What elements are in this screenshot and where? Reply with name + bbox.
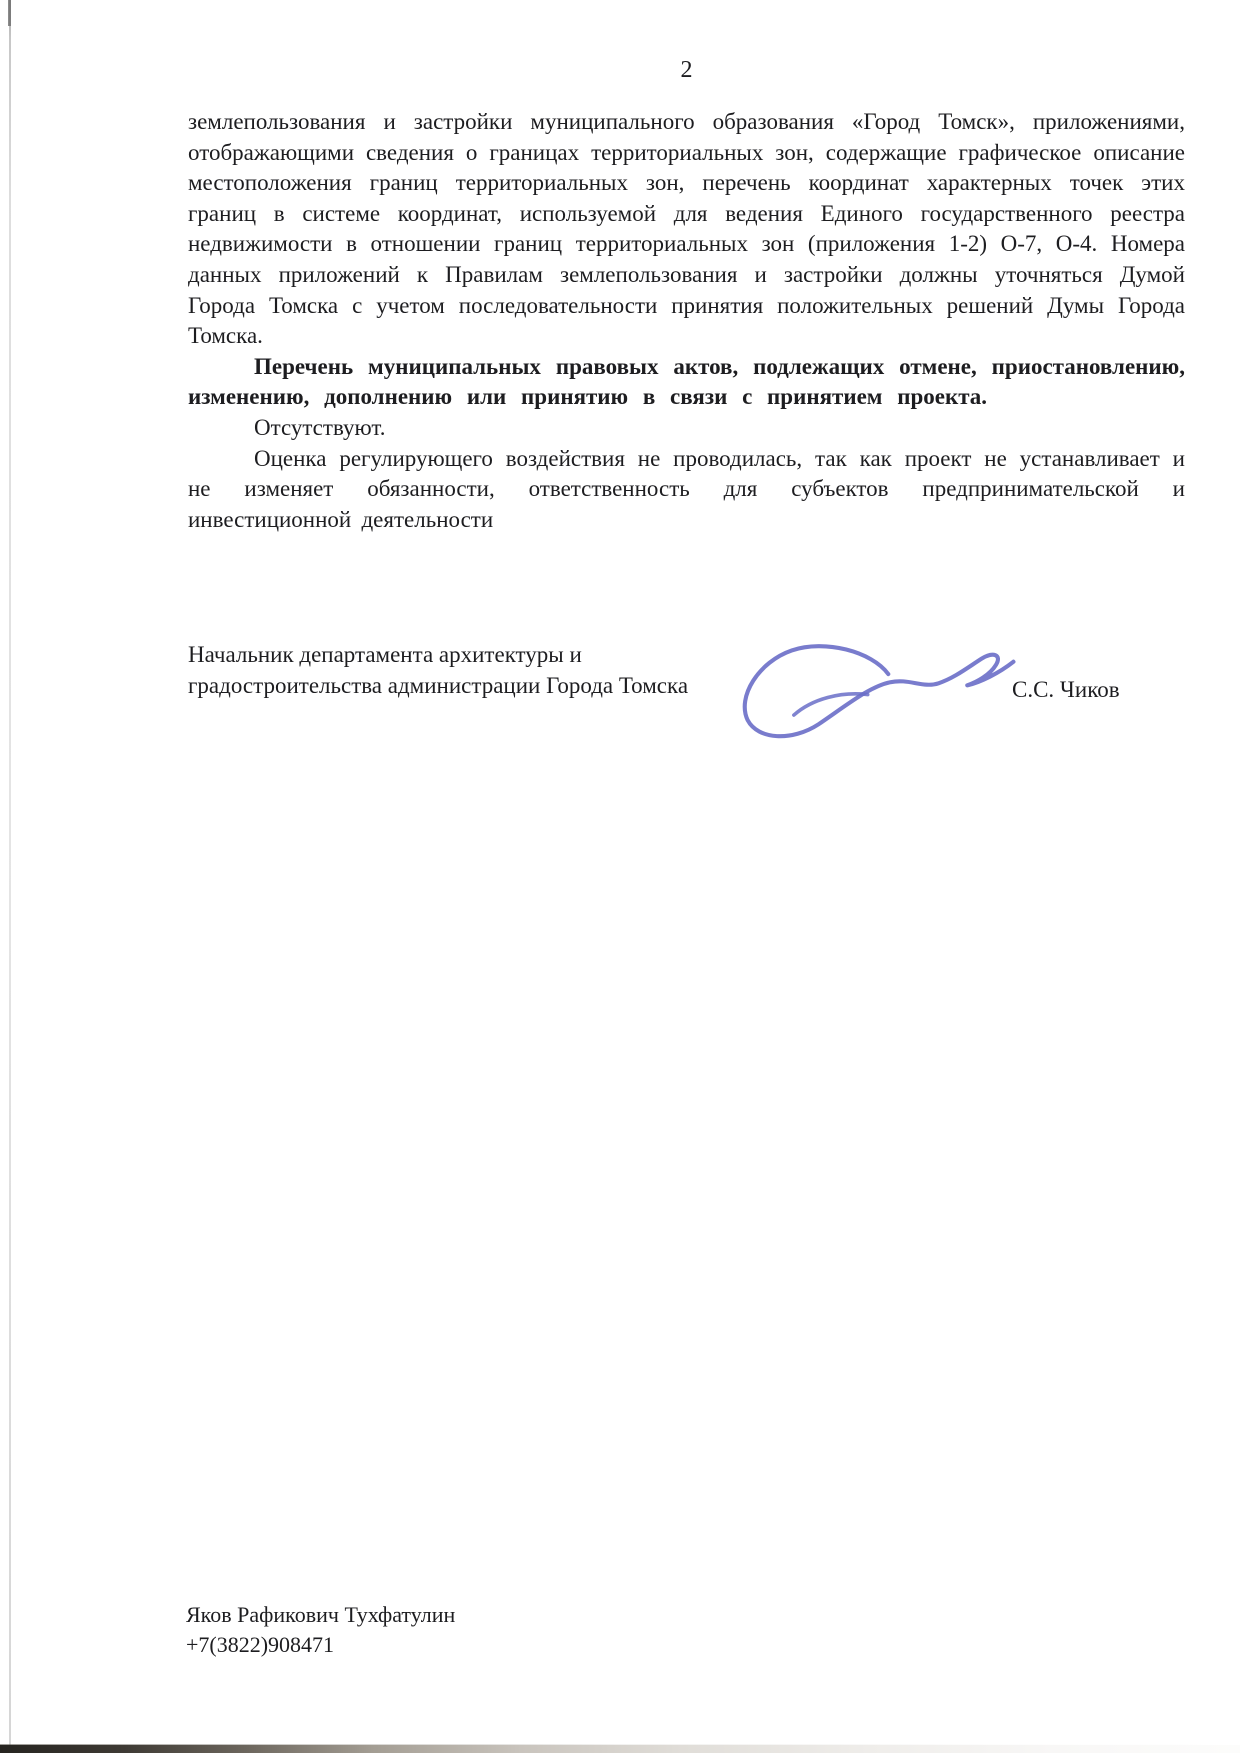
document-page: 2 землепользования и застройки муниципал…	[0, 0, 1240, 1753]
signature-stroke	[745, 646, 1014, 736]
signature-title-line2: градостроительства администрации Города …	[188, 670, 688, 701]
footer-contact: Яков Рафикович Тухфатулин +7(3822)908471	[186, 1600, 455, 1660]
signature-block: Начальник департамента архитектуры и гра…	[188, 633, 1185, 768]
page-number: 2	[188, 57, 1185, 84]
paragraph-continuation: землепользования и застройки муниципальн…	[188, 107, 1185, 352]
signature-image	[733, 633, 1023, 751]
signature-title: Начальник департамента архитектуры и гра…	[188, 639, 688, 701]
signer-name: С.С. Чиков	[1012, 677, 1120, 703]
paragraph-assessment: Оценка регулирующего воздействия не пров…	[188, 444, 1185, 536]
contact-phone: +7(3822)908471	[186, 1630, 455, 1660]
paragraph-heading-bold: Перечень муниципальных правовых актов, п…	[188, 352, 1185, 413]
scan-bottom-edge-band	[0, 1745, 1240, 1753]
signature-title-line1: Начальник департамента архитектуры и	[188, 639, 688, 670]
paragraph-absent: Отсутствуют.	[188, 413, 1185, 444]
scan-left-edge-line	[9, 0, 11, 1745]
scan-left-edge-mark	[8, 0, 11, 26]
contact-name: Яков Рафикович Тухфатулин	[186, 1600, 455, 1630]
document-body: землепользования и застройки муниципальн…	[188, 107, 1185, 535]
